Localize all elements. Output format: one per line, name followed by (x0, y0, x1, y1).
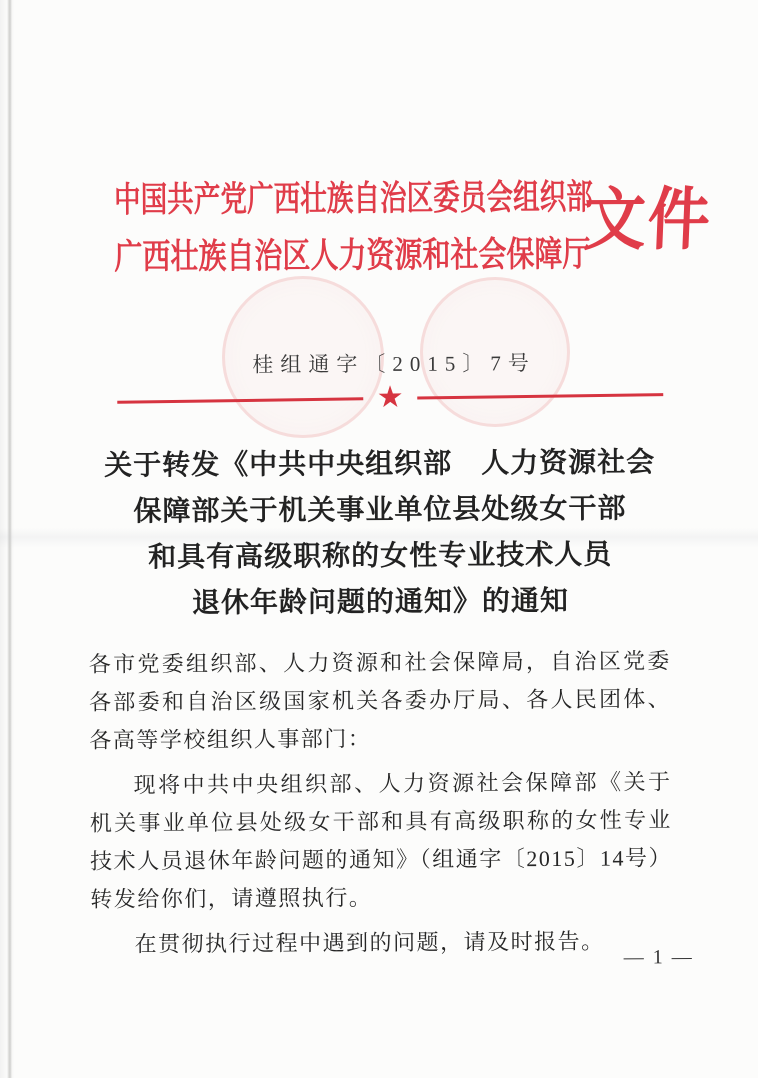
title-line: 和具有高级职称的女性专业技术人员 (30, 532, 730, 582)
scanned-document-page: 中国共产党广西壮族自治区委员会组织部 广西壮族自治区人力资源和社会保障厅 文件 … (0, 0, 758, 1078)
document-title: 关于转发《中共中央组织部 人力资源社会 保障部关于机关事业单位县处级女干部 和具… (30, 440, 731, 628)
salutation: 各市党委组织部、人力资源和社会保障局，自治区党委各部委和自治区级国家机关各委办厅… (89, 642, 672, 760)
letterhead: 中国共产党广西壮族自治区委员会组织部 广西壮族自治区人力资源和社会保障厅 文件 (114, 168, 705, 286)
red-divider: ★ (117, 382, 663, 414)
issuing-organizations: 中国共产党广西壮族自治区委员会组织部 广西壮族自治区人力资源和社会保障厅 (114, 169, 587, 286)
title-line: 退休年龄问题的通知》的通知 (30, 578, 730, 628)
divider-rule-left (117, 397, 363, 403)
title-line: 关于转发《中共中央组织部 人力资源社会 (30, 440, 730, 490)
document-content: 中国共产党广西壮族自治区委员会组织部 广西壮族自治区人力资源和社会保障厅 文件 … (0, 0, 758, 1078)
star-icon: ★ (377, 386, 404, 410)
body-paragraph: 现将中共中央组织部、人力资源社会保障部《关于机关事业单位县处级女干部和具有高级职… (90, 763, 673, 919)
org-name-line2: 广西壮族自治区人力资源和社会保障厅 (114, 226, 492, 285)
divider-rule-right (418, 393, 664, 399)
title-line: 保障部关于机关事业单位县处级女干部 (30, 486, 730, 536)
body-paragraph: 在贯彻执行过程中遇到的问题，请及时报告。 (90, 922, 672, 964)
document-type-word: 文件 (581, 168, 713, 274)
page-number: — 1 — (599, 946, 719, 970)
org-name-line1: 中国共产党广西壮族自治区委员会组织部 (114, 169, 473, 228)
document-body: 各市党委组织部、人力资源和社会保障局，自治区党委各部委和自治区级国家机关各委办厅… (89, 642, 673, 964)
document-number: 桂组通字〔2015〕7号 (0, 345, 758, 380)
